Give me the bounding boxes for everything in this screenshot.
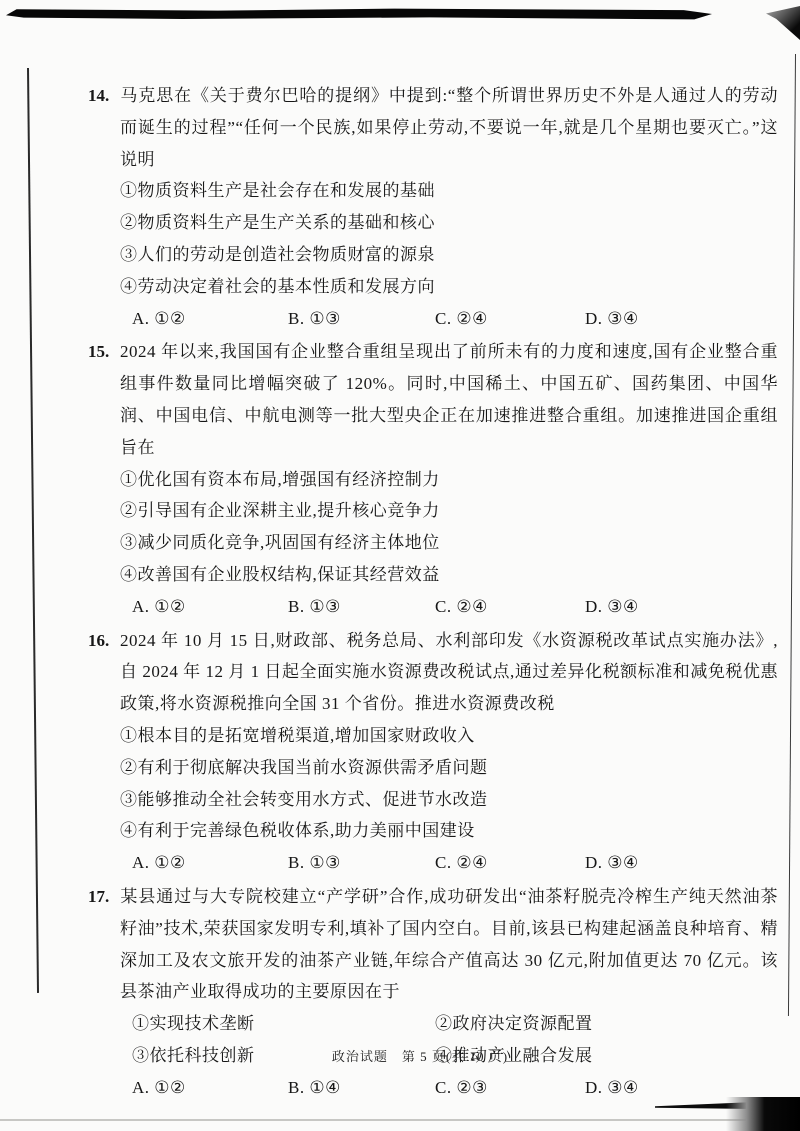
question-16-statement-4: ④有利于完善绿色税收体系,助力美丽中国建设 bbox=[120, 815, 778, 847]
page-footer: 政治试题 第 5 页(共 10 页) bbox=[20, 1046, 800, 1065]
question-17-statement-row-1: ①实现技术垄断 ②政府决定资源配置 bbox=[120, 1008, 778, 1040]
question-17-choice-d: D. ③④ bbox=[585, 1072, 639, 1104]
question-15-choice-d: D. ③④ bbox=[585, 591, 639, 623]
scan-artifact-top-bar bbox=[6, 8, 712, 20]
question-15-stem: 15.2024 年以来,我国国有企业整合重组呈现出了前所未有的力度和速度,国有企… bbox=[120, 336, 778, 463]
question-14-stem: 14.马克思在《关于费尔巴哈的提纲》中提到:“整个所谓世界历史不外是人通过人的劳… bbox=[120, 80, 778, 175]
question-16-statement-1: ①根本目的是拓宽增税渠道,增加国家财政收入 bbox=[120, 720, 778, 752]
question-16-choice-b: B. ①③ bbox=[288, 847, 341, 879]
question-14: 14.马克思在《关于费尔巴哈的提纲》中提到:“整个所谓世界历史不外是人通过人的劳… bbox=[88, 80, 778, 334]
question-17-choice-c: C. ②③ bbox=[435, 1072, 488, 1104]
question-17: 17.某县通过与大专院校建立“产学研”合作,成功研发出“油茶籽脱壳冷榨生产纯天然… bbox=[88, 881, 778, 1104]
question-16: 16.2024 年 10 月 15 日,财政部、税务总局、水利部印发《水资源税改… bbox=[88, 625, 778, 879]
question-15-choice-a: A. ①② bbox=[132, 591, 186, 623]
question-15-statement-2: ②引导国有企业深耕主业,提升核心竞争力 bbox=[120, 495, 778, 527]
question-17-answer-row: A. ①② B. ①④ C. ②③ D. ③④ bbox=[120, 1072, 778, 1104]
question-16-answer-row: A. ①② B. ①③ C. ②④ D. ③④ bbox=[120, 847, 778, 879]
question-17-number: 17. bbox=[88, 881, 120, 913]
question-16-statement-3: ③能够推动全社会转变用水方式、促进节水改造 bbox=[120, 784, 778, 816]
question-16-choice-d: D. ③④ bbox=[585, 847, 639, 879]
question-14-answer-row: A. ①② B. ①③ C. ②④ D. ③④ bbox=[120, 303, 778, 335]
scan-artifact-left-edge-line bbox=[27, 68, 39, 993]
question-17-choice-b: B. ①④ bbox=[288, 1072, 341, 1104]
scan-artifact-bottom-line bbox=[0, 1119, 800, 1121]
question-15-statement-3: ③减少同质化竞争,巩固国有经济主体地位 bbox=[120, 527, 778, 559]
question-15: 15.2024 年以来,我国国有企业整合重组呈现出了前所未有的力度和速度,国有企… bbox=[88, 336, 778, 622]
question-14-statement-2: ②物质资料生产是生产关系的基础和核心 bbox=[120, 207, 778, 239]
scanned-exam-page: 14.马克思在《关于费尔巴哈的提纲》中提到:“整个所谓世界历史不外是人通过人的劳… bbox=[0, 0, 800, 1131]
question-14-choice-b: B. ①③ bbox=[288, 303, 341, 335]
scan-artifact-corner-mark bbox=[766, 6, 800, 40]
question-14-statement-1: ①物质资料生产是社会存在和发展的基础 bbox=[120, 175, 778, 207]
question-17-statement-1: ①实现技术垄断 bbox=[132, 1008, 255, 1040]
question-15-stem-text: 2024 年以来,我国国有企业整合重组呈现出了前所未有的力度和速度,国有企业整合… bbox=[120, 342, 778, 456]
question-14-stem-text: 马克思在《关于费尔巴哈的提纲》中提到:“整个所谓世界历史不外是人通过人的劳动而诞… bbox=[120, 86, 778, 169]
exam-content: 14.马克思在《关于费尔巴哈的提纲》中提到:“整个所谓世界历史不外是人通过人的劳… bbox=[88, 80, 778, 1104]
question-17-stem-text: 某县通过与大专院校建立“产学研”合作,成功研发出“油茶籽脱壳冷榨生产纯天然油茶籽… bbox=[120, 887, 778, 1001]
question-14-statement-3: ③人们的劳动是创造社会物质财富的源泉 bbox=[120, 239, 778, 271]
question-15-statement-1: ①优化国有资本布局,增强国有经济控制力 bbox=[120, 464, 778, 496]
question-15-number: 15. bbox=[88, 336, 120, 368]
scan-artifact-right-edge-line bbox=[788, 54, 796, 1016]
question-17-stem: 17.某县通过与大专院校建立“产学研”合作,成功研发出“油茶籽脱壳冷榨生产纯天然… bbox=[120, 881, 778, 1008]
question-16-number: 16. bbox=[88, 625, 120, 657]
question-15-choice-c: C. ②④ bbox=[435, 591, 488, 623]
question-14-choice-c: C. ②④ bbox=[435, 303, 488, 335]
question-17-choice-a: A. ①② bbox=[132, 1072, 186, 1104]
question-14-choice-a: A. ①② bbox=[132, 303, 186, 335]
question-16-choice-a: A. ①② bbox=[132, 847, 186, 879]
question-14-statement-4: ④劳动决定着社会的基本性质和发展方向 bbox=[120, 271, 778, 303]
question-17-statement-2: ②政府决定资源配置 bbox=[435, 1008, 593, 1040]
question-14-number: 14. bbox=[88, 80, 120, 112]
question-14-choice-d: D. ③④ bbox=[585, 303, 639, 335]
question-16-choice-c: C. ②④ bbox=[435, 847, 488, 879]
question-16-stem: 16.2024 年 10 月 15 日,财政部、税务总局、水利部印发《水资源税改… bbox=[120, 625, 778, 720]
question-15-answer-row: A. ①② B. ①③ C. ②④ D. ③④ bbox=[120, 591, 778, 623]
question-16-stem-text: 2024 年 10 月 15 日,财政部、税务总局、水利部印发《水资源税改革试点… bbox=[120, 631, 778, 714]
question-15-choice-b: B. ①③ bbox=[288, 591, 341, 623]
question-16-statement-2: ②有利于彻底解决我国当前水资源供需矛盾问题 bbox=[120, 752, 778, 784]
question-15-statement-4: ④改善国有企业股权结构,保证其经营效益 bbox=[120, 559, 778, 591]
